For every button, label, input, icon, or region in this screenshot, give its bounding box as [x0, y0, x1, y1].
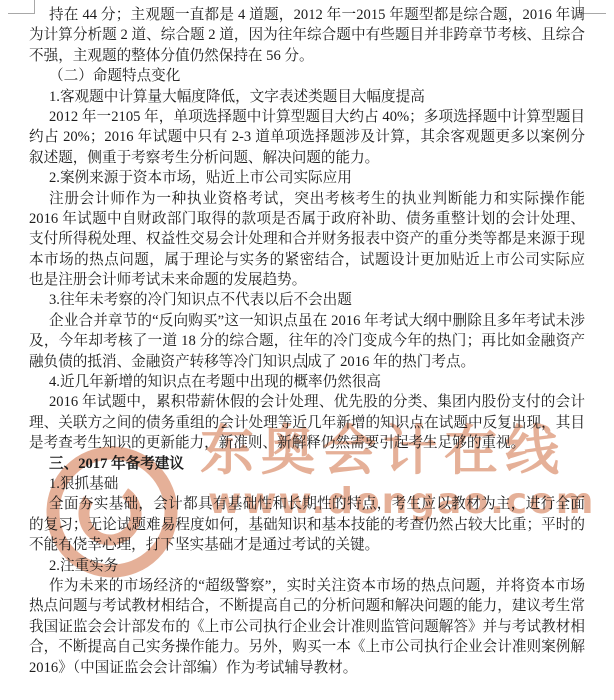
text-line[interactable]: 不强，主观题的整体分值仍然保持在 56 分。 [29, 46, 585, 66]
text-line[interactable]: 2016 年试题中自财政部门取得的款项是否属于政府补助、债务重整计划的会计处理、… [29, 209, 585, 229]
text-line[interactable]: 不能有侥幸心理，打下坚实基础才是通过考试的关键。 [29, 535, 585, 555]
text-line[interactable]: 企业合并章节的“反向购买”这一知识点虽在 2016 年考试大纲中删除且多年考试未… [29, 311, 585, 331]
text-line[interactable]: 热点问题与考试教材相结合，不断提高自己的分析问题和解决问题的能力，建议考生常关注 [29, 596, 585, 616]
text-line[interactable]: （二）命题特点变化 [29, 66, 585, 86]
text-line[interactable]: 为计算分析题 2 道、综合题 2 道，因为往年综合题中有些题目并非跨章节考核、且… [29, 25, 585, 45]
text-line[interactable]: 作为未来的市场经济的“超级警察”，实时关注资本市场的热点问题，并将资本市场的 [29, 576, 585, 596]
text-line[interactable]: 我国证监会会计部发布的《上市公司执行企业会计准则监管问题解答》并与考试教材相结 [29, 617, 585, 637]
text-line[interactable]: 持在 44 分；主观题一直都是 4 道题，2012 年一2015 年题型都是综合… [29, 5, 585, 25]
text-line[interactable]: 3.往年未考察的冷门知识点不代表以后不会出题 [29, 290, 585, 310]
text-line[interactable]: 2016》（中国证监会会计部编）作为考试辅导教材。 [29, 658, 585, 678]
text-line[interactable]: 理、关联方之间的债务重组的会计处理等近几年新增的知识点在试题中反复出现，其目的就 [29, 413, 585, 433]
text-line[interactable]: 本市场的热点问题，属于理论与实务的紧密结合，试题设计更加贴近上市公司实际应用；这 [29, 250, 585, 270]
text-line[interactable]: 1.客观题中计算量大幅度降低，文字表述类题目大幅度提高 [29, 87, 585, 107]
text-line[interactable]: 也是注册会计师考试未来命题的发展趋势。 [29, 270, 585, 290]
text-line[interactable]: 的复习；无论试题难易程度如何，基础知识和基本技能的考查仍然占较大比重；平时的复习 [29, 515, 585, 535]
text-before-cursor: 融负债的抵消、金融资产转移等冷门知识点 [29, 354, 306, 370]
text-line[interactable]: 叙述题，侧重于考察考生分析问题、解决问题的能力。 [29, 148, 585, 168]
text-line[interactable]: 2012 年一2105 年，单项选择题中计算型题目大约占 40%；多项选择题中计… [29, 107, 585, 127]
text-line[interactable]: 1.狠抓基础 [29, 474, 585, 494]
text-line[interactable]: 2.注重实务 [29, 556, 585, 576]
text-line[interactable]: 是考查考生知识的更新能力，新准则、新解释仍然需要引起考生足够的重视。 [29, 433, 585, 453]
text-line[interactable]: 约占 20%；2016 年试题中只有 2-3 道单项选择题涉及计算，其余客观题更… [29, 127, 585, 147]
text-line[interactable]: 2016 年试题中，累积带薪休假的会计处理、优先股的分类、集团内股份支付的会计处 [29, 392, 585, 412]
text-line[interactable]: 2.案例来源于资本市场，贴近上市公司实际应用 [29, 168, 585, 188]
text-line[interactable]: 支付所得税处理、权益性交易会计处理和合并财务报表中资产的重分类等都是来源于现实资 [29, 229, 585, 249]
text-line[interactable]: 全面夯实基础，会计都具有基础性和长期性的特点，考生应以教材为主，进行全面细致 [29, 494, 585, 514]
text-after-cursor: 成了 2016 年的热门考点。 [307, 354, 475, 370]
text-line[interactable]: 融负债的抵消、金融资产转移等冷门知识点成了 2016 年的热门考点。 [29, 352, 585, 372]
text-line[interactable]: 及，今年却考核了一道 18 分的综合题，往年的冷门变成今年的热门；再比如金融资产… [29, 331, 585, 351]
text-line[interactable]: 注册会计师作为一种执业资格考试，突出考核考生的执业判断能力和实际操作能力； [29, 189, 585, 209]
text-line[interactable]: 合，不断提高自己实务操作能力。另外，购买一本《上市公司执行企业会计准则案例解析 [29, 637, 585, 657]
text-line[interactable]: 4.近几年新增的知识点在考题中出现的概率仍然很高 [29, 372, 585, 392]
text-line[interactable]: 三、2017 年备考建议 [29, 454, 585, 474]
document-text[interactable]: 持在 44 分；主观题一直都是 4 道题，2012 年一2015 年题型都是综合… [29, 5, 585, 678]
document-page: 东奥会计在线 www.dongao.com 持在 44 分；主观题一直都是 4 … [0, 0, 614, 700]
